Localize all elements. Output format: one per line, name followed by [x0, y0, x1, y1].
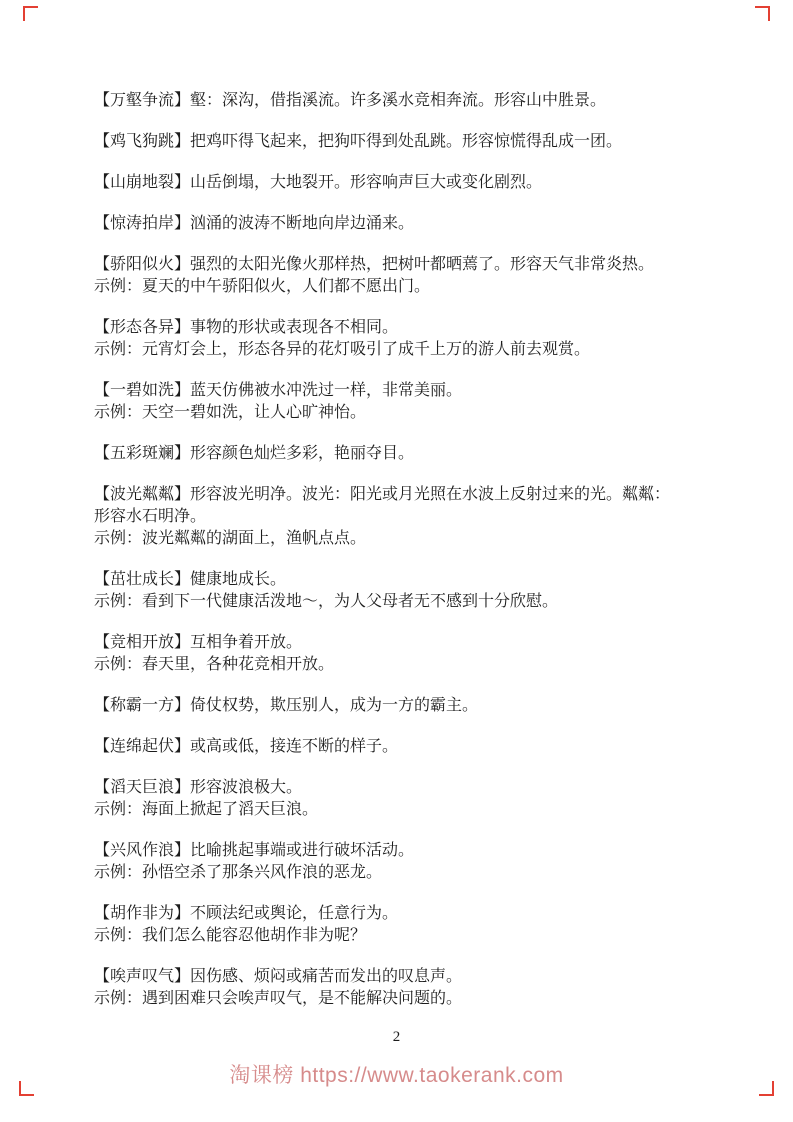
idiom-definition-line: 【一碧如洗】蓝天仿佛被水冲洗过一样，非常美丽。	[94, 380, 680, 402]
idiom-definition: 互相争着开放。	[190, 634, 302, 651]
idiom-entry: 【万壑争流】壑：深沟，借指溪流。许多溪水竞相奔流。形容山中胜景。	[94, 90, 680, 112]
idiom-definition-line: 【滔天巨浪】形容波浪极大。	[94, 777, 680, 799]
idiom-example: 示例：元宵灯会上，形态各异的花灯吸引了成千上万的游人前去观赏。	[94, 339, 680, 361]
idiom-term: 【形态各异】	[94, 319, 190, 336]
idiom-definition: 形容颜色灿烂多彩，艳丽夺目。	[190, 445, 414, 462]
idiom-definition-line: 【称霸一方】倚仗权势，欺压别人，成为一方的霸主。	[94, 695, 680, 717]
idiom-definition-line: 【茁壮成长】健康地成长。	[94, 569, 680, 591]
idiom-term: 【一碧如洗】	[94, 382, 190, 399]
idiom-definition: 把鸡吓得飞起来，把狗吓得到处乱跳。形容惊慌得乱成一团。	[190, 133, 622, 150]
idiom-term: 【胡作非为】	[94, 905, 190, 922]
idiom-entry: 【骄阳似火】强烈的太阳光像火那样热，把树叶都晒蔫了。形容天气非常炎热。 示例：夏…	[94, 254, 680, 298]
idiom-term: 【滔天巨浪】	[94, 779, 190, 796]
idiom-term: 【骄阳似火】	[94, 256, 190, 273]
idiom-definition-line: 【波光粼粼】形容波光明净。波光：阳光或月光照在水波上反射过来的光。粼粼：形容水石…	[94, 484, 680, 528]
idiom-term: 【五彩斑斓】	[94, 445, 190, 462]
idiom-definition-line: 【连绵起伏】或高或低，接连不断的样子。	[94, 736, 680, 758]
idiom-definition: 比喻挑起事端或进行破坏活动。	[190, 842, 414, 859]
idiom-example: 示例：春天里，各种花竞相开放。	[94, 654, 680, 676]
idiom-entry: 【胡作非为】不顾法纪或舆论，任意行为。 示例：我们怎么能容忍他胡作非为呢？	[94, 903, 680, 947]
idiom-definition-line: 【鸡飞狗跳】把鸡吓得飞起来，把狗吓得到处乱跳。形容惊慌得乱成一团。	[94, 131, 680, 153]
idiom-entry: 【惊涛拍岸】汹涌的波涛不断地向岸边涌来。	[94, 213, 680, 235]
idiom-entry: 【连绵起伏】或高或低，接连不断的样子。	[94, 736, 680, 758]
idiom-entry: 【唉声叹气】因伤感、烦闷或痛苦而发出的叹息声。 示例：遇到困难只会唉声叹气，是不…	[94, 966, 680, 1010]
idiom-term: 【山崩地裂】	[94, 174, 190, 191]
idiom-term: 【兴风作浪】	[94, 842, 190, 859]
idiom-definition-line: 【形态各异】事物的形状或表现各不相同。	[94, 317, 680, 339]
idiom-definition: 倚仗权势，欺压别人，成为一方的霸主。	[190, 697, 478, 714]
idiom-definition-line: 【骄阳似火】强烈的太阳光像火那样热，把树叶都晒蔫了。形容天气非常炎热。	[94, 254, 680, 276]
idiom-entry: 【滔天巨浪】形容波浪极大。 示例：海面上掀起了滔天巨浪。	[94, 777, 680, 821]
idiom-example: 示例：我们怎么能容忍他胡作非为呢？	[94, 925, 680, 947]
idiom-term: 【称霸一方】	[94, 697, 190, 714]
idiom-definition: 事物的形状或表现各不相同。	[190, 319, 398, 336]
idiom-example: 示例：天空一碧如洗，让人心旷神怡。	[94, 402, 680, 424]
idiom-definition: 或高或低，接连不断的样子。	[190, 738, 398, 755]
idiom-entry: 【波光粼粼】形容波光明净。波光：阳光或月光照在水波上反射过来的光。粼粼：形容水石…	[94, 484, 680, 550]
idiom-term: 【茁壮成长】	[94, 571, 190, 588]
idiom-definition-line: 【唉声叹气】因伤感、烦闷或痛苦而发出的叹息声。	[94, 966, 680, 988]
idiom-definition: 健康地成长。	[190, 571, 286, 588]
idiom-example: 示例：夏天的中午骄阳似火，人们都不愿出门。	[94, 276, 680, 298]
idiom-definition-line: 【兴风作浪】比喻挑起事端或进行破坏活动。	[94, 840, 680, 862]
idiom-definition: 因伤感、烦闷或痛苦而发出的叹息声。	[190, 968, 462, 985]
idiom-definition: 蓝天仿佛被水冲洗过一样，非常美丽。	[190, 382, 462, 399]
idiom-term: 【连绵起伏】	[94, 738, 190, 755]
idiom-definition-line: 【惊涛拍岸】汹涌的波涛不断地向岸边涌来。	[94, 213, 680, 235]
idiom-definition: 形容波浪极大。	[190, 779, 302, 796]
idiom-definition-line: 【胡作非为】不顾法纪或舆论，任意行为。	[94, 903, 680, 925]
corner-mark-top-left	[23, 6, 38, 21]
idiom-definition: 壑：深沟，借指溪流。许多溪水竞相奔流。形容山中胜景。	[190, 92, 606, 109]
idiom-example: 示例：孙悟空杀了那条兴风作浪的恶龙。	[94, 862, 680, 884]
idiom-definition-line: 【竞相开放】互相争着开放。	[94, 632, 680, 654]
idiom-example: 示例：遇到困难只会唉声叹气，是不能解决问题的。	[94, 988, 680, 1010]
idiom-definition: 汹涌的波涛不断地向岸边涌来。	[190, 215, 414, 232]
idiom-entry: 【兴风作浪】比喻挑起事端或进行破坏活动。 示例：孙悟空杀了那条兴风作浪的恶龙。	[94, 840, 680, 884]
site-footer: 淘课榜 https://www.taokerank.com	[0, 1059, 793, 1089]
idiom-example: 示例：海面上掀起了滔天巨浪。	[94, 799, 680, 821]
idiom-term: 【波光粼粼】	[94, 486, 190, 503]
idiom-term: 【惊涛拍岸】	[94, 215, 190, 232]
idiom-entry: 【一碧如洗】蓝天仿佛被水冲洗过一样，非常美丽。 示例：天空一碧如洗，让人心旷神怡…	[94, 380, 680, 424]
idiom-definition: 山岳倒塌，大地裂开。形容响声巨大或变化剧烈。	[190, 174, 542, 191]
idiom-entry: 【山崩地裂】山岳倒塌，大地裂开。形容响声巨大或变化剧烈。	[94, 172, 680, 194]
idiom-term: 【竞相开放】	[94, 634, 190, 651]
idiom-definition-line: 【五彩斑斓】形容颜色灿烂多彩，艳丽夺目。	[94, 443, 680, 465]
idiom-entry: 【称霸一方】倚仗权势，欺压别人，成为一方的霸主。	[94, 695, 680, 717]
idiom-entry: 【鸡飞狗跳】把鸡吓得飞起来，把狗吓得到处乱跳。形容惊慌得乱成一团。	[94, 131, 680, 153]
idiom-definition-line: 【万壑争流】壑：深沟，借指溪流。许多溪水竞相奔流。形容山中胜景。	[94, 90, 680, 112]
idiom-list: 【万壑争流】壑：深沟，借指溪流。许多溪水竞相奔流。形容山中胜景。 【鸡飞狗跳】把…	[94, 90, 680, 1029]
idiom-entry: 【五彩斑斓】形容颜色灿烂多彩，艳丽夺目。	[94, 443, 680, 465]
idiom-example: 示例：看到下一代健康活泼地～，为人父母者无不感到十分欣慰。	[94, 591, 680, 613]
idiom-entry: 【形态各异】事物的形状或表现各不相同。 示例：元宵灯会上，形态各异的花灯吸引了成…	[94, 317, 680, 361]
idiom-term: 【鸡飞狗跳】	[94, 133, 190, 150]
idiom-example: 示例：波光粼粼的湖面上，渔帆点点。	[94, 528, 680, 550]
idiom-definition-line: 【山崩地裂】山岳倒塌，大地裂开。形容响声巨大或变化剧烈。	[94, 172, 680, 194]
idiom-definition: 不顾法纪或舆论，任意行为。	[190, 905, 398, 922]
idiom-entry: 【竞相开放】互相争着开放。 示例：春天里，各种花竞相开放。	[94, 632, 680, 676]
idiom-term: 【唉声叹气】	[94, 968, 190, 985]
page-number: 2	[0, 1029, 793, 1046]
idiom-term: 【万壑争流】	[94, 92, 190, 109]
idiom-definition: 强烈的太阳光像火那样热，把树叶都晒蔫了。形容天气非常炎热。	[190, 256, 654, 273]
corner-mark-top-right	[755, 6, 770, 21]
document-page: 【万壑争流】壑：深沟，借指溪流。许多溪水竞相奔流。形容山中胜景。 【鸡飞狗跳】把…	[0, 0, 793, 1122]
idiom-entry: 【茁壮成长】健康地成长。 示例：看到下一代健康活泼地～，为人父母者无不感到十分欣…	[94, 569, 680, 613]
